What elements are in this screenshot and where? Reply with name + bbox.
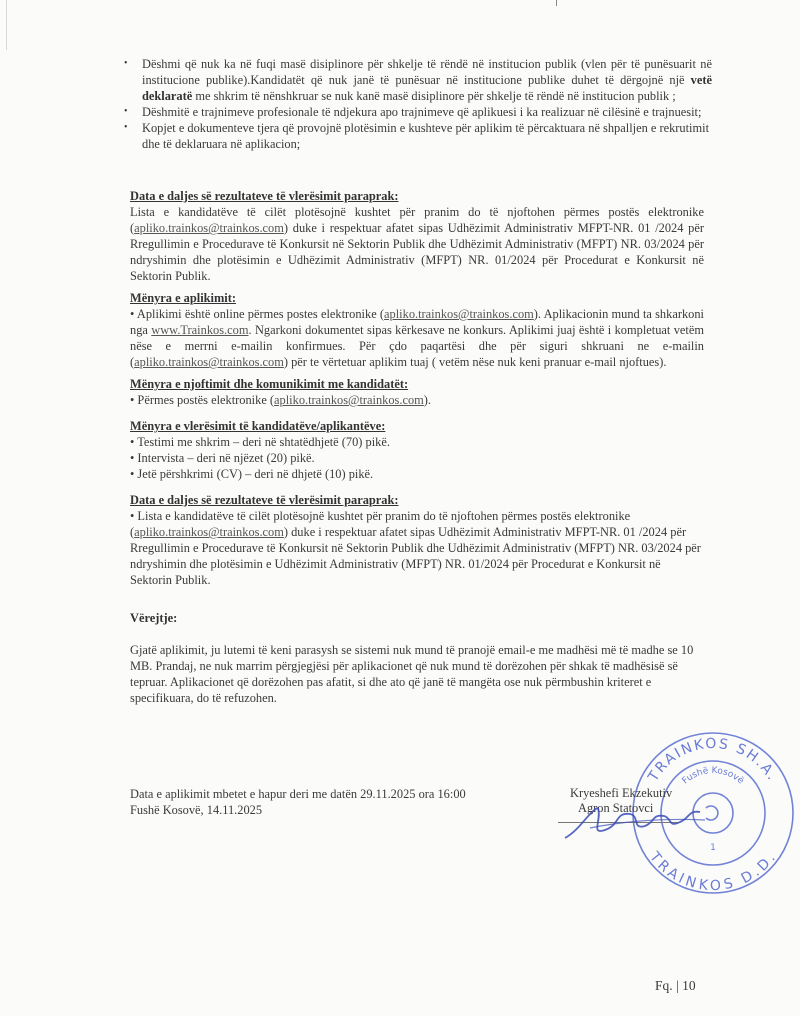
note-section: Vërejtje: Gjatë aplikimit, ju lutemi të … bbox=[130, 610, 704, 706]
svg-text:TRAINKOS D.D.: TRAINKOS D.D. bbox=[646, 848, 780, 894]
email-link[interactable]: apliko.trainkos@trainkos.com bbox=[134, 525, 284, 539]
results-section-2: Data e daljes së rezultateve të vlerësim… bbox=[130, 492, 704, 588]
note-text: Gjatë aplikimit, ju lutemi të keni paras… bbox=[130, 642, 704, 706]
email-link[interactable]: apliko.trainkos@trainkos.com bbox=[134, 355, 284, 369]
scan-edge bbox=[6, 0, 7, 50]
email-link[interactable]: apliko.trainkos@trainkos.com bbox=[274, 393, 424, 407]
website-link[interactable]: www.Trainkos.com bbox=[151, 323, 248, 337]
svg-text:1: 1 bbox=[710, 843, 716, 853]
application-method-section: Mënyra e aplikimit: • Aplikimi është onl… bbox=[130, 290, 704, 370]
scan-mark bbox=[556, 0, 557, 6]
results-section-1: Data e daljes së rezultateve të vlerësim… bbox=[130, 188, 704, 284]
evaluation-item: • Intervista – deri në njëzet (20) pikë. bbox=[130, 450, 704, 466]
requirement-item: Dëshmi që nuk ka në fuqi masë disiplinor… bbox=[122, 56, 712, 104]
notification-method-section: Mënyra e njoftimit dhe komunikimit me ka… bbox=[130, 376, 704, 408]
evaluation-item: • Jetë përshkrimi (CV) – deri në dhjetë … bbox=[130, 466, 704, 482]
document-page: Dëshmi që nuk ka në fuqi masë disiplinor… bbox=[0, 0, 800, 1016]
section-heading: Data e daljes së rezultateve të vlerësim… bbox=[130, 492, 704, 508]
section-heading: Mënyra e vlerësimit të kandidatëve/aplik… bbox=[130, 418, 704, 434]
evaluation-item: • Testimi me shkrim – deri në shtatëdhje… bbox=[130, 434, 704, 450]
note-heading: Vërejtje: bbox=[130, 610, 704, 626]
handwritten-signature-icon bbox=[560, 800, 710, 845]
email-link[interactable]: apliko.trainkos@trainkos.com bbox=[134, 221, 284, 235]
svg-text:Fushë Kosovë: Fushë Kosovë bbox=[681, 766, 746, 787]
evaluation-method-section: Mënyra e vlerësimit të kandidatëve/aplik… bbox=[130, 418, 704, 482]
requirement-item: Dëshmitë e trajnimeve profesionale të nd… bbox=[122, 104, 712, 120]
page-number: Fq. | 10 bbox=[655, 978, 696, 994]
section-heading: Mënyra e aplikimit: bbox=[130, 290, 704, 306]
requirement-item: Kopjet e dokumenteve tjera që provojnë p… bbox=[122, 120, 712, 152]
signatory-title: Kryeshefi Ekzekutiv bbox=[570, 786, 672, 801]
section-heading: Data e daljes së rezultateve të vlerësim… bbox=[130, 188, 704, 204]
requirements-list: Dëshmi që nuk ka në fuqi masë disiplinor… bbox=[122, 56, 712, 152]
email-link[interactable]: apliko.trainkos@trainkos.com bbox=[384, 307, 534, 321]
section-heading: Mënyra e njoftimit dhe komunikimit me ka… bbox=[130, 376, 704, 392]
